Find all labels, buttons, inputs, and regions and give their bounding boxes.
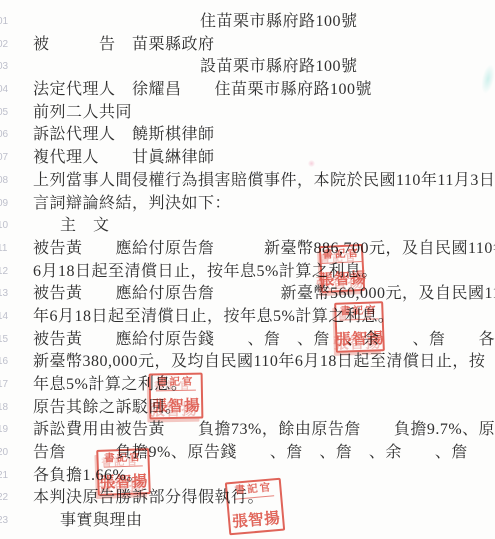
line-text: 被告黃 應給付原告錢 、詹 、詹 、余 、詹 各 bbox=[33, 331, 495, 348]
document-line: 11被告黃 應給付原告詹 新臺幣886,700元，及自民國110年 bbox=[0, 238, 495, 261]
line-text: 訴訟代理人 饒斯棋律師 bbox=[33, 126, 215, 143]
document-line: 16新臺幣380,000元，及均自民國110年6月18日起至清償日止，按 bbox=[0, 351, 495, 374]
document-line: 07複代理人 甘眞綝律師 bbox=[0, 147, 495, 170]
document-line: 126月18日起至清償日止，按年息5%計算之利息。 bbox=[0, 261, 495, 284]
line-text: 前列二人共同 bbox=[33, 104, 132, 121]
line-text: 訴訟費用由被告黃 負擔73%，餘由原告詹 負擔9.7%、原 bbox=[33, 421, 495, 438]
document-line: 17年息5%計算之利息。 bbox=[0, 374, 495, 397]
line-number: 23 bbox=[0, 515, 8, 527]
clerk-stamp-name: 張智揚 bbox=[232, 510, 281, 532]
line-number: 13 bbox=[0, 288, 8, 300]
document-line: 19訴訟費用由被告黃 負擔73%，餘由原告詹 負擔9.7%、原 bbox=[0, 419, 495, 442]
line-text: 言詞辯論終結，判決如下： bbox=[33, 195, 231, 212]
line-number: 08 bbox=[0, 175, 8, 187]
line-number: 16 bbox=[0, 356, 8, 368]
document-line: 13被告黃 應給付原告詹 新臺幣560,000元，及自民國110 bbox=[0, 283, 495, 306]
document-page: 01住苗栗市縣府路100號 02被 告 苗栗縣政府 03設苗栗市縣府路100號 … bbox=[0, 0, 495, 539]
document-line: 04法定代理人 徐耀昌 住苗栗市縣府路100號 bbox=[0, 79, 495, 102]
line-number: 18 bbox=[0, 402, 8, 414]
document-line: 06訴訟代理人 饒斯棋律師 bbox=[0, 124, 495, 147]
line-number: 14 bbox=[0, 311, 8, 323]
line-text: 複代理人 甘眞綝律師 bbox=[33, 149, 215, 166]
line-text: 被 告 苗栗縣政府 bbox=[33, 36, 215, 53]
clerk-stamp-title: 書記官 bbox=[103, 452, 143, 467]
line-text: 主 文 bbox=[60, 217, 110, 234]
line-number: 11 bbox=[0, 243, 7, 255]
line-text: 被告黃 應給付原告詹 新臺幣886,700元，及自民國110年 bbox=[33, 240, 495, 257]
line-number: 20 bbox=[0, 447, 8, 459]
line-number: 17 bbox=[0, 379, 8, 391]
document-line: 15被告黃 應給付原告錢 、詹 、詹 、余 、詹 各 bbox=[0, 329, 495, 352]
clerk-stamp-name: 張智揚 bbox=[100, 473, 149, 493]
line-text: 設苗栗市縣府路100號 bbox=[200, 58, 358, 75]
line-number: 07 bbox=[0, 152, 8, 164]
clerk-stamp-name: 張智揚 bbox=[336, 330, 385, 350]
line-number: 15 bbox=[0, 334, 8, 346]
line-text: 被告黃 應給付原告詹 新臺幣560,000元，及自民國110 bbox=[33, 285, 495, 302]
scan-artifact bbox=[308, 160, 315, 167]
line-number: 12 bbox=[0, 266, 8, 278]
line-number: 01 bbox=[0, 16, 8, 28]
line-text: 住苗栗市縣府路100號 bbox=[200, 13, 358, 30]
line-number: 02 bbox=[0, 39, 8, 51]
line-text: 法定代理人 徐耀昌 住苗栗市縣府路100號 bbox=[33, 81, 372, 98]
line-number: 22 bbox=[0, 492, 8, 504]
clerk-stamp-title: 書記官 bbox=[156, 377, 196, 392]
clerk-stamp-name: 張智揚 bbox=[152, 398, 200, 417]
clerk-stamp: 書記官 張智揚 bbox=[319, 244, 365, 293]
line-number: 19 bbox=[0, 424, 8, 436]
line-number: 21 bbox=[0, 470, 8, 482]
line-number: 03 bbox=[0, 61, 8, 73]
clerk-stamp-name: 張智揚 bbox=[318, 270, 367, 290]
clerk-stamp-title: 書記官 bbox=[339, 305, 379, 320]
document-line: 02被 告 苗栗縣政府 bbox=[0, 34, 495, 57]
document-line: 09言詞辯論終結，判決如下： bbox=[0, 193, 495, 216]
document-line: 20告詹 負擔9%、原告錢 、詹 、詹 、余 、詹 bbox=[0, 442, 495, 465]
line-number: 10 bbox=[0, 220, 8, 232]
line-text: 新臺幣380,000元，及均自民國110年6月18日起至清償日止，按 bbox=[33, 353, 485, 370]
line-number: 09 bbox=[0, 198, 8, 210]
document-line-main-text-header: 10主 文 bbox=[0, 215, 495, 238]
line-number: 06 bbox=[0, 129, 8, 141]
line-text: 上列當事人間侵權行為損害賠償事件，本院於民國110年11月3日 bbox=[33, 172, 495, 189]
clerk-stamp-title: 書記官 bbox=[321, 248, 361, 264]
document-line: 18原告其餘之訴駁回。 bbox=[0, 397, 495, 420]
line-number: 05 bbox=[0, 107, 8, 119]
line-number: 04 bbox=[0, 84, 8, 96]
document-line: 05前列二人共同 bbox=[0, 102, 495, 125]
line-text: 事實與理由 bbox=[60, 512, 143, 529]
document-line: 03設苗栗市縣府路100號 bbox=[0, 56, 495, 79]
clerk-stamp-title: 書記官 bbox=[233, 482, 274, 499]
clerk-stamp: 書記官 張智揚 bbox=[149, 373, 204, 420]
clerk-stamp: 書記官 張智揚 bbox=[96, 448, 151, 496]
clerk-stamp: 書記官 張智揚 bbox=[334, 301, 385, 353]
clerk-stamp: 書記官 張智揚 bbox=[225, 478, 285, 536]
document-line: 01住苗栗市縣府路100號 bbox=[0, 11, 495, 34]
document-line: 14年6月18日起至清償日止，按年息5%計算之利息。 bbox=[0, 306, 495, 329]
document-line: 08上列當事人間侵權行為損害賠償事件，本院於民國110年11月3日 bbox=[0, 170, 495, 193]
